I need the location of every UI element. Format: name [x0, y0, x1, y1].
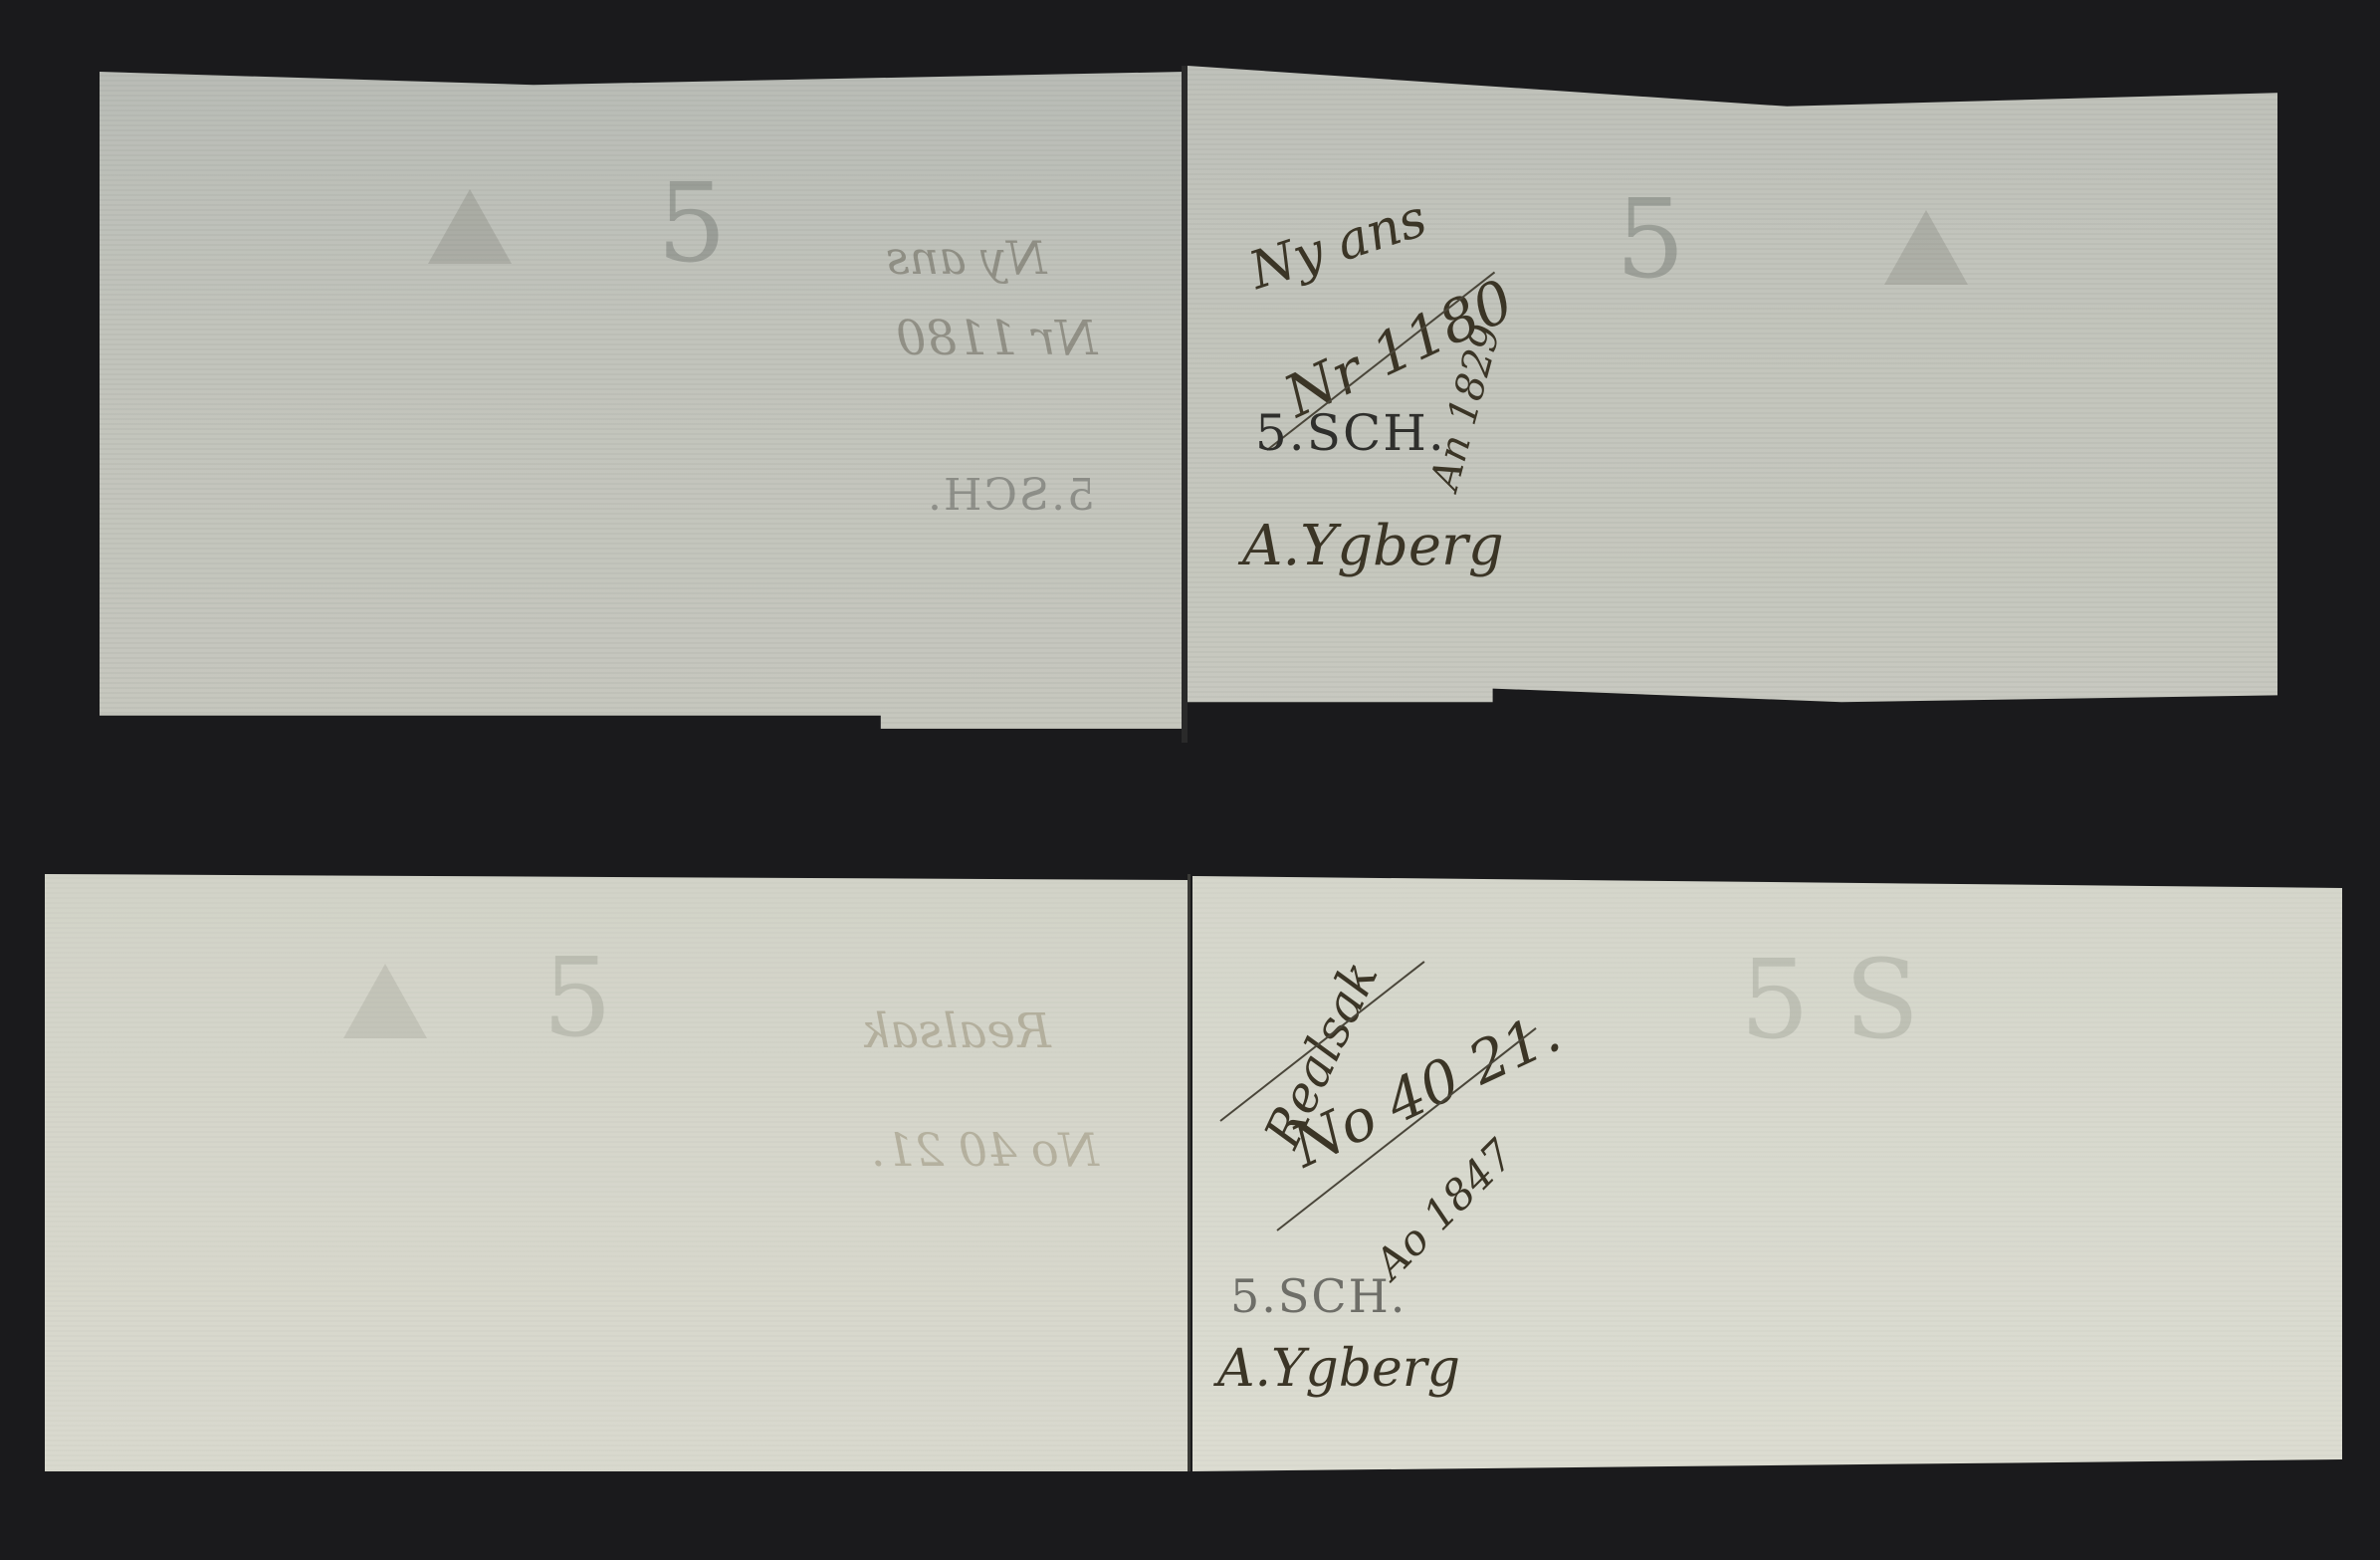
annotation-year: Ao 1847: [1365, 1130, 1523, 1288]
denomination-watermark: 5: [657, 159, 727, 287]
bleed-through-number: No 40 21.: [871, 1123, 1099, 1177]
denomination-watermark: 5 S: [1740, 936, 1919, 1063]
denomination-stamp: 5.SCH.: [1255, 404, 1446, 462]
bleed-through-stamp: 5.SCH.: [926, 470, 1095, 521]
denomination-stamp: 5.SCH.: [1230, 1269, 1406, 1323]
signature: A.Ygberg: [1217, 1339, 1460, 1399]
center-fold: [1182, 66, 1188, 743]
top-note-left-half: 5 Ny ans Nr 1180 5.SCH.: [100, 72, 1185, 729]
paper-texture: [100, 72, 1185, 729]
denomination-watermark: 5: [1616, 175, 1685, 303]
center-fold: [1188, 874, 1190, 1471]
triangle-watermark: [428, 189, 512, 264]
bleed-through-number: Nr 1180: [896, 311, 1097, 366]
triangle-watermark: [1884, 210, 1968, 285]
bottom-note-left-half: 5 Realsak No 40 21.: [45, 874, 1190, 1471]
bottom-note-right-half: 5 S Realsak No 40 21. Ao 1847 5.SCH. A.Y…: [1192, 876, 2342, 1471]
bleed-through-text: Ny ans: [886, 231, 1047, 285]
bleed-through-text: Realsak: [861, 1003, 1051, 1059]
annotation-line1: Ny ans: [1242, 188, 1433, 301]
denomination-watermark: 5: [542, 934, 612, 1061]
triangle-watermark: [343, 964, 427, 1038]
top-note-right-half: 5 Ny ans Nr 1180 5.SCH. An 1829 A.Ygberg: [1188, 66, 2277, 743]
signature: A.Ygberg: [1242, 514, 1504, 578]
